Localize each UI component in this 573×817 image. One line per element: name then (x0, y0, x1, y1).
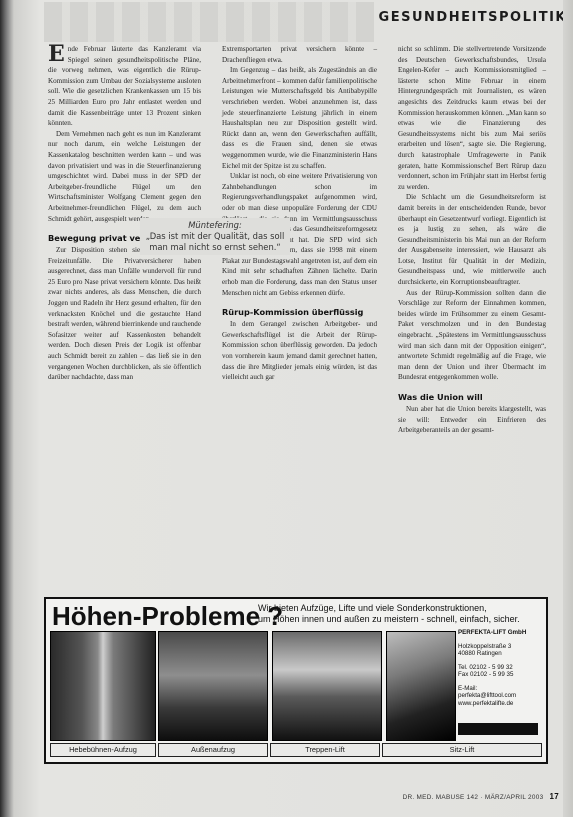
paragraph: Die Schlacht um die Gesundheitsreform is… (398, 192, 546, 287)
paragraph: Aus der Rürup-Kommission sollten dann di… (398, 288, 546, 383)
company-name: PERFEKTA-LIFT GmbH (458, 629, 542, 637)
page-footer: DR. MED. MABUSE 142 · MÄRZ/APRIL 2003 17 (403, 792, 559, 801)
drop-cap: E (48, 45, 65, 63)
article-column-3: nicht so schlimm. Die stellvertretende V… (398, 44, 546, 436)
paragraph: Dem Vernehmen nach geht es nun im Kanzle… (48, 129, 201, 224)
address: Holzkoppelstraße 3 40880 Ratingen (458, 643, 542, 658)
ad-title: Höhen-Probleme ? (52, 601, 283, 632)
paragraph: nicht so schlimm. Die stellvertretende V… (398, 44, 546, 192)
paragraph: Zur Disposition stehen sie dann so genan… (48, 245, 201, 383)
web-link[interactable]: www.perfektalifte.de (458, 700, 542, 708)
black-bar (458, 723, 538, 735)
paragraph: Im Gegenzug – das heißt, als Zugeständni… (222, 65, 377, 171)
photo-seat-lift (386, 631, 456, 741)
caption-outdoor-elevator: Außenaufzug (158, 743, 268, 757)
faded-headline (44, 2, 374, 42)
subheading: Was die Union will (398, 391, 546, 403)
magazine-page: GESUNDHEITSPOLITIK Ende Februar läuterte… (0, 0, 573, 817)
caption-stair-lift: Treppen-Lift (270, 743, 380, 757)
paragraph: Nun aber hat die Union bereits klargeste… (398, 404, 546, 436)
quote-author: Müntefering: (140, 220, 290, 231)
paragraph: Ende Februar läuterte das Kanzleramt via… (48, 44, 201, 129)
page-number: 17 (550, 792, 560, 801)
email-link[interactable]: perfekta@lifttool.com (458, 692, 542, 700)
paragraph: In dem Gerangel zwischen Arbeitgeber- un… (222, 319, 377, 383)
issue-info: DR. MED. MABUSE 142 · MÄRZ/APRIL 2003 (403, 794, 544, 801)
advertisement: Höhen-Probleme ? Wir bieten Aufzüge, Lif… (44, 597, 548, 764)
caption-seat-lift: Sitz-Lift (382, 743, 542, 757)
section-heading: GESUNDHEITSPOLITIK (379, 10, 567, 25)
caption-platform-lift: Hebebühnen-Aufzug (50, 743, 156, 757)
paragraph: Extremsportarten privat versichern könnt… (222, 44, 377, 65)
photo-outdoor-elevator (158, 631, 268, 741)
ad-tagline: Wir bieten Aufzüge, Lifte und viele Sond… (258, 603, 520, 625)
pull-quote: Müntefering: „Das ist mit der Qualität, … (140, 218, 290, 255)
article-column-2: Extremsportarten privat versichern könnt… (222, 44, 377, 383)
ad-contact-info: PERFEKTA-LIFT GmbH Holzkoppelstraße 3 40… (458, 629, 542, 741)
quote-text: „Das ist mit der Qualität, das soll man … (140, 231, 290, 253)
photo-stair-lift (272, 631, 382, 741)
photo-platform-lift (50, 631, 156, 741)
phone-fax: Tel. 02102 - 5 99 32 Fax 02102 - 5 99 35 (458, 664, 542, 679)
subheading: Rürup-Kommission überflüssig (222, 306, 377, 318)
article-column-1: Ende Februar läuterte das Kanzleramt via… (48, 44, 201, 383)
online-contact: E-Mail: perfekta@lifttool.com www.perfek… (458, 685, 542, 708)
scan-edge (563, 0, 573, 817)
ad-captions: Hebebühnen-Aufzug Außenaufzug Treppen-Li… (50, 743, 544, 759)
